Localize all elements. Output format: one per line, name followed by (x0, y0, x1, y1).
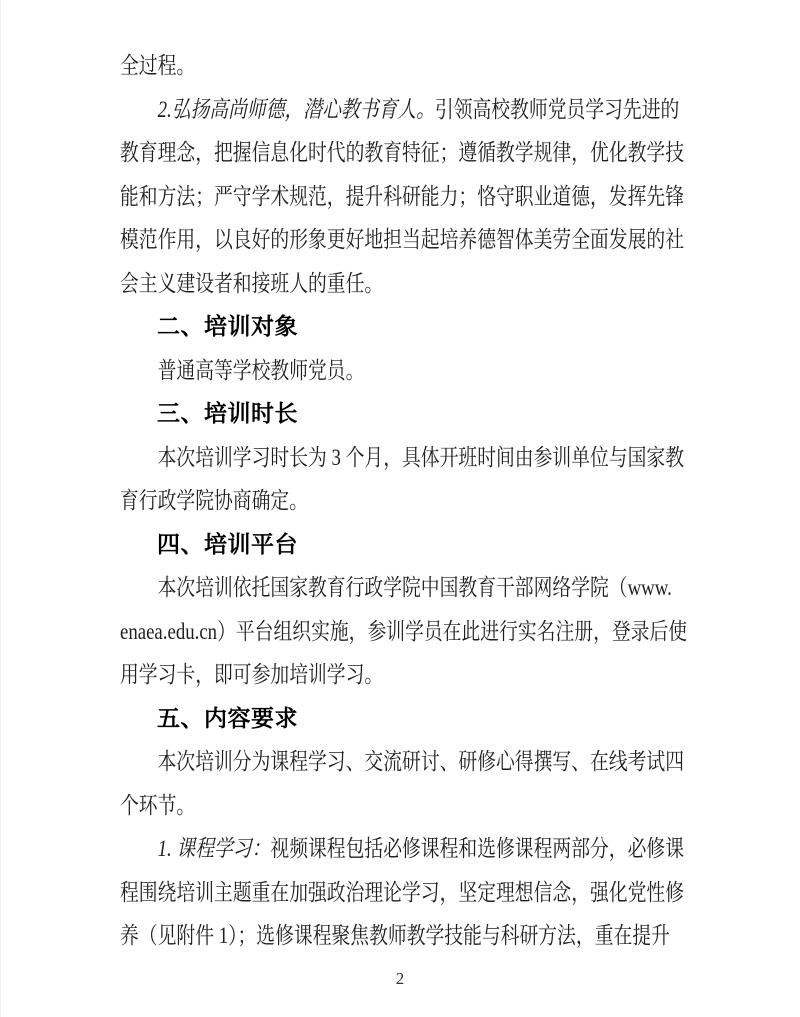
paragraph-line: 个环节。 (120, 784, 684, 828)
text-segment: 养（见附件 1）；选修课程聚焦教师教学技能与科研方法，重在提升 (120, 923, 670, 948)
text-segment: 四、培训平台 (157, 531, 298, 557)
paragraph-line: 1. 课程学习：视频课程包括必修课程和选修课程两部分，必修课 (120, 827, 684, 871)
text-segment: 全过程。 (120, 53, 195, 78)
paragraph-line: 能和方法；严守学术规范，提升科研能力；恪守职业道德，发挥先锋 (120, 175, 684, 219)
text-segment: 引领高校教师党员学习先进的 (435, 97, 679, 122)
text-segment: 视频课程包括必修课程和选修课程两部分，必修课 (270, 836, 684, 861)
text-segment: 个环节。 (120, 793, 195, 818)
text-segment: 会主义建设者和接班人的重任。 (120, 271, 383, 296)
paragraph-line: 养（见附件 1）；选修课程聚焦教师教学技能与科研方法，重在提升 (120, 914, 684, 958)
paragraph-line: 程围绕培训主题重在加强政治理论学习，坚定理想信念，强化党性修 (120, 871, 684, 915)
text-segment: 本次培训学习时长为 3 个月，具体开班时间由参训单位与国家教 (158, 445, 684, 470)
kai-emphasis-text: 1. 课程学习： (158, 836, 271, 861)
page-number: 2 (0, 969, 800, 989)
text-segment: 普通高等学校教师党员。 (158, 358, 365, 383)
paragraph-line: 教育理念，把握信息化时代的教育特征；遵循教学规律，优化教学技 (120, 131, 684, 175)
page-edge-line (0, 0, 1, 1017)
section-heading: 二、培训对象 (120, 305, 684, 349)
paragraph-line: 本次培训依托国家教育行政学院中国教育干部网络学院（www. (120, 566, 684, 610)
text-segment: 本次培训依托国家教育行政学院中国教育干部网络学院（www. (158, 575, 672, 600)
text-segment: 五、内容要求 (157, 705, 298, 731)
paragraph-line: 2.弘扬高尚师德，潜心教书育人。引领高校教师党员学习先进的 (120, 88, 684, 132)
text-segment: 模范作用，以良好的形象更好地担当起培养德智体美劳全面发展的社 (120, 227, 684, 252)
text-segment: 能和方法；严守学术规范，提升科研能力；恪守职业道德，发挥先锋 (120, 184, 684, 209)
paragraph-line: 本次培训学习时长为 3 个月，具体开班时间由参训单位与国家教 (120, 436, 684, 480)
paragraph-line: 普通高等学校教师党员。 (120, 349, 684, 393)
text-segment: 教育理念，把握信息化时代的教育特征；遵循教学规律，优化教学技 (120, 140, 684, 165)
text-segment: 育行政学院协商确定。 (120, 488, 308, 513)
kai-emphasis-text: 2.弘扬高尚师德，潜心教书育人。 (158, 97, 435, 122)
section-heading: 五、内容要求 (120, 697, 684, 741)
paragraph-line: 模范作用，以良好的形象更好地担当起培养德智体美劳全面发展的社 (120, 218, 684, 262)
section-heading: 四、培训平台 (120, 523, 684, 567)
text-segment: 程围绕培训主题重在加强政治理论学习，坚定理想信念，强化党性修 (120, 880, 684, 905)
text-segment: 用学习卡，即可参加培训学习。 (120, 662, 383, 687)
paragraph-line: 用学习卡，即可参加培训学习。 (120, 653, 684, 697)
text-segment: enaea.edu.cn）平台组织实施，参训学员在此进行实名注册，登录后使 (120, 619, 687, 644)
paragraph-line: 会主义建设者和接班人的重任。 (120, 262, 684, 306)
document-page: 全过程。2.弘扬高尚师德，潜心教书育人。引领高校教师党员学习先进的教育理念，把握… (120, 44, 684, 958)
paragraph-line: 育行政学院协商确定。 (120, 479, 684, 523)
paragraph-line: 全过程。 (120, 44, 684, 88)
text-segment: 三、培训时长 (157, 400, 298, 426)
text-segment: 本次培训分为课程学习、交流研讨、研修心得撰写、在线考试四 (158, 749, 684, 774)
section-heading: 三、培训时长 (120, 392, 684, 436)
text-segment: 二、培训对象 (157, 313, 298, 339)
paragraph-line: enaea.edu.cn）平台组织实施，参训学员在此进行实名注册，登录后使 (120, 610, 684, 654)
paragraph-line: 本次培训分为课程学习、交流研讨、研修心得撰写、在线考试四 (120, 740, 684, 784)
